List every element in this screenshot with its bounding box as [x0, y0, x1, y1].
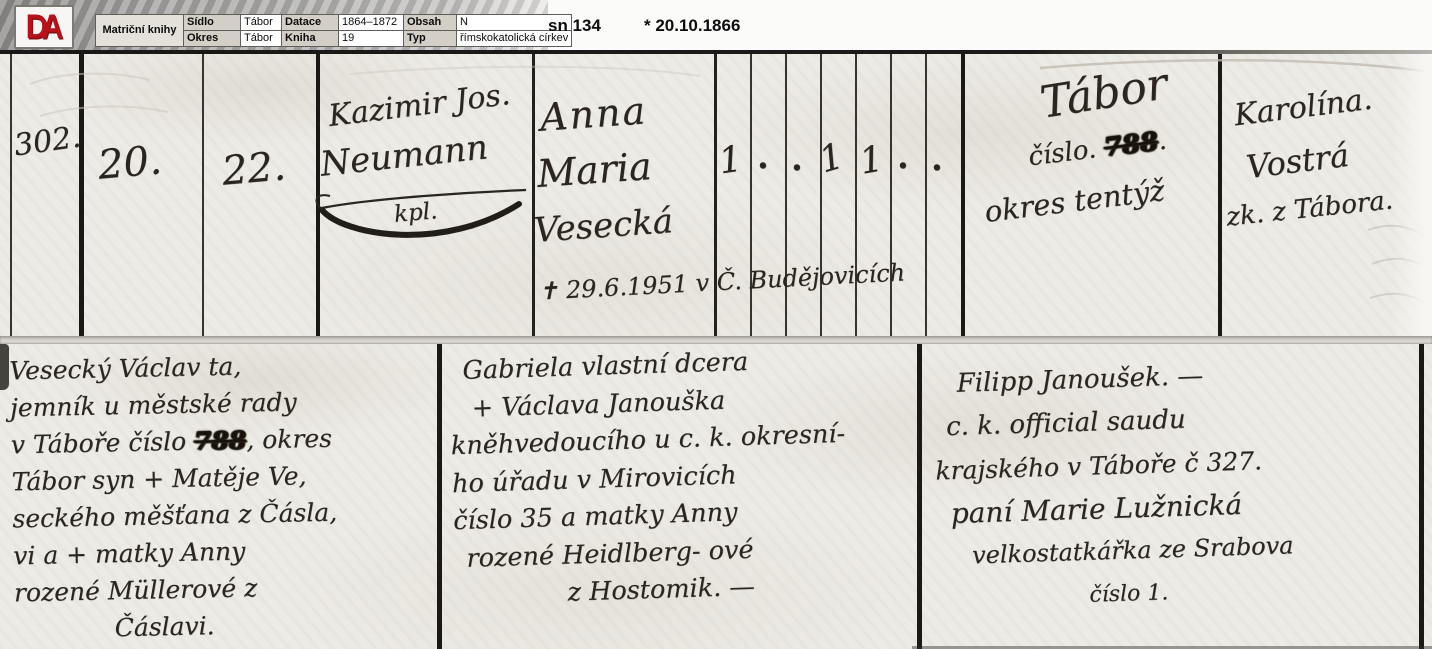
metadata-label-typ: Typ	[404, 31, 457, 47]
page-edge-fade	[1392, 54, 1432, 336]
entry-row-section: 302. 20. 22. Kazimir Jos. Neumann kpl. A…	[0, 54, 1432, 336]
birth-day: 20.	[96, 137, 163, 188]
father-line3-suffix: , okres	[246, 424, 332, 455]
child-name-line1: Anna	[539, 88, 649, 139]
metadata-label-kniha: Kniha	[282, 31, 339, 47]
scan-number-label: sn 134	[548, 16, 601, 36]
birth-date-label: * 20.10.1866	[644, 16, 740, 36]
metadata-title: Matriční knihy	[96, 15, 184, 47]
father-line3-prefix: v Táboře číslo	[11, 427, 195, 460]
tally-mark: ·	[791, 148, 803, 188]
da-logo[interactable]: DA	[14, 5, 74, 49]
father-entry: Vesecký Václav ta, jemník u městské rady…	[9, 344, 435, 649]
godparent-line: číslo 1.	[1089, 563, 1418, 616]
metadata-value-okres: Tábor	[241, 31, 282, 47]
metadata-label-datace: Datace	[282, 15, 339, 31]
da-logo-text: DA	[26, 7, 63, 47]
child-name-line2: Maria	[536, 144, 653, 196]
mother-entry: Gabriela vlastní dcera + Václava Janoušk…	[448, 339, 916, 616]
metadata-value-datace: 1864–1872	[339, 15, 404, 31]
column-rule	[917, 344, 922, 649]
father-line: Čáslavi.	[114, 603, 435, 647]
archive-viewer-page: DA Matriční knihy Sídlo Tábor Datace 186…	[0, 0, 1432, 649]
archive-metadata-table: Matriční knihy Sídlo Tábor Datace 1864–1…	[95, 14, 572, 47]
metadata-label-sidlo: Sídlo	[184, 15, 241, 31]
baptism-day: 22.	[220, 143, 287, 194]
metadata-label-obsah: Obsah	[404, 15, 457, 31]
viewer-header: DA Matriční knihy Sídlo Tábor Datace 186…	[0, 0, 1432, 50]
father-house-number: 788	[194, 425, 247, 455]
parents-section: Vesecký Václav ta, jemník u městské rady…	[0, 344, 1432, 649]
metadata-value-kniha: 19	[339, 31, 404, 47]
strip-separator	[0, 336, 1432, 344]
column-rule	[1419, 344, 1424, 649]
tally-mark: ·	[897, 146, 909, 186]
ink-smudge	[0, 344, 9, 390]
tally-mark: ·	[931, 148, 943, 188]
baptizer-note: kpl.	[393, 198, 438, 228]
godparents-entry: Filipp Janoušek. — c. k. official saudu …	[932, 349, 1418, 622]
tally-mark: ·	[757, 146, 769, 186]
metadata-label-okres: Okres	[184, 31, 241, 47]
metadata-value-sidlo: Tábor	[241, 15, 282, 31]
register-scan[interactable]: 302. 20. 22. Kazimir Jos. Neumann kpl. A…	[0, 50, 1432, 649]
column-rule	[437, 344, 442, 649]
